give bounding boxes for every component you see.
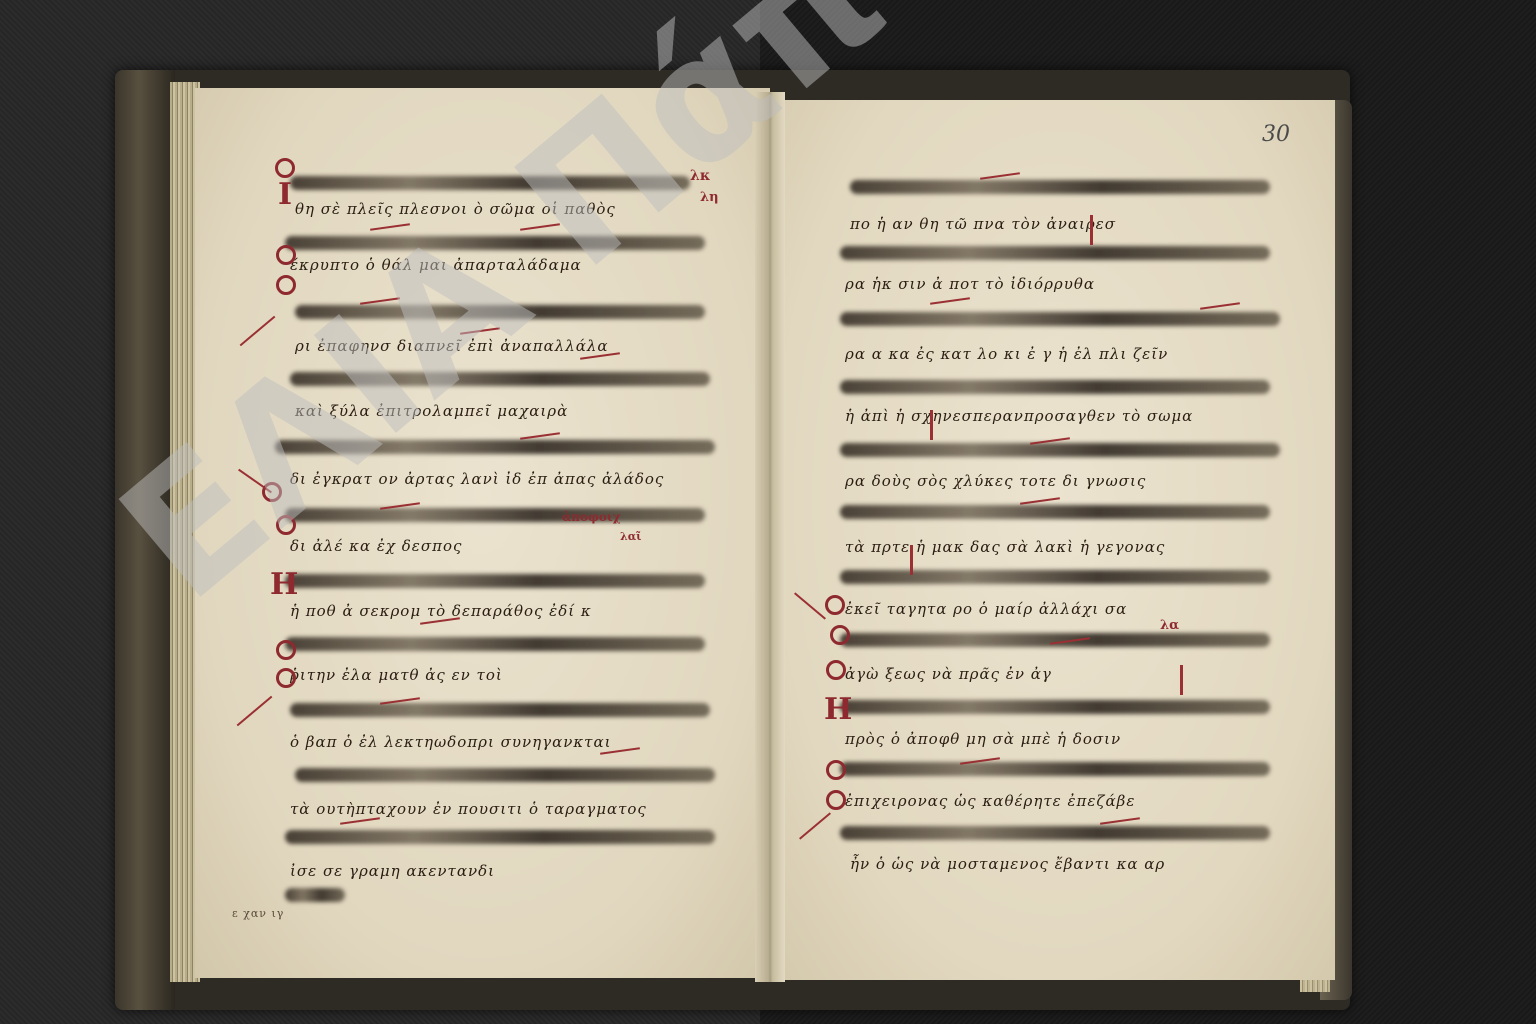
scroll-ornament <box>275 158 295 178</box>
scroll-ornament <box>826 660 846 680</box>
red-initial: Η <box>270 570 296 600</box>
text-line: πρὸς ὁ ἀποφθ μη σὰ μπὲ ἡ δοσιν <box>845 730 1121 748</box>
text-line: τὰ πρτε ἡ μακ δας σὰ λακὶ ἡ γεγονας <box>845 538 1165 556</box>
red-initial-top-right: λκ <box>690 168 710 184</box>
red-initial: Ι <box>272 180 298 210</box>
scroll-ornament <box>276 275 296 295</box>
text-line: ἦν ὁ ὡς νὰ μοσταμενος ἔβαντι κα αρ <box>850 855 1165 873</box>
text-line: δι ἀλέ κα ἐχ δεσπος <box>290 537 462 555</box>
text-line: τὰ ουτὴπταχουν ἐν πουσιτι ὁ ταραγματος <box>290 800 647 818</box>
scroll-ornament <box>262 482 282 502</box>
text-line: ρα ἡκ σιν ἀ ποτ τὸ ἰδιόρρυθα <box>845 275 1095 293</box>
scroll-ornament <box>276 245 296 265</box>
text-line: ἀγὼ ξεως νὰ πρᾶς ἐν ἀγ <box>845 665 1052 683</box>
text-line: ρα α κα ἐς κατ λο κι ἐ γ ἡ ἐλ πλι ζεῖν <box>845 345 1168 363</box>
text-line: πο ἡ αν θη τῶ πνα τὸν ἀναιρεσ <box>850 215 1116 233</box>
rubric-annotation: λαῖ <box>620 530 642 543</box>
text-line: ἡ ποθ ἀ σεκρομ τὸ δεπαράθος ἐδί κ <box>290 602 592 620</box>
text-line: ἐπιχειρονας ὡς καθέρητε ἐπεζάβε <box>845 792 1135 810</box>
text-line: δι ἐγκρατ ον ἀρτας λανὶ ἰδ ἐπ ἀπας ἀλάδο… <box>290 470 664 488</box>
scroll-ornament <box>826 760 846 780</box>
text-line: ῥιτην ἐλα ματθ ἀς εν τοὶ <box>290 666 503 684</box>
scroll-ornament <box>276 640 296 660</box>
cover-board-left <box>115 70 175 1010</box>
text-line: θη σὲ πλεῖς πλεσνοι ὸ σῶμα οἱ παθὸς <box>295 200 616 218</box>
scroll-ornament <box>825 595 845 615</box>
gutter <box>755 92 785 982</box>
text-line: ρα δοὺς σὸς χλύκες τοτε δι γνωσις <box>845 472 1146 490</box>
text-line: ὁ βαπ ὁ ἐλ λεκτηωδοπρι συνηγανκται <box>290 733 611 751</box>
text-line: ρι ἐπαφηνσ διαπνεῖ ἐπὶ ἀναπαλλάλα <box>295 337 609 355</box>
text-line: ἡ ἀπὶ ἡ σχηνεσπερανπροσαγθεν τὸ σωμα <box>845 407 1193 425</box>
folio-number: 30 <box>1262 122 1290 147</box>
scroll-ornament <box>826 790 846 810</box>
scroll-ornament <box>276 515 296 535</box>
rubric-annotation: ἀποφοιχ <box>562 510 621 524</box>
red-marginal-mark: λα <box>1160 618 1179 633</box>
text-line: ἔκρυπτο ὁ θάλ μαι ἀπαρταλάδαμα <box>290 256 582 274</box>
text-line: ἐκεῖ ταγητα ρο ὁ μαίρ ἀλλάχι σα <box>845 600 1127 618</box>
red-initial-top-right: λη <box>700 190 719 205</box>
scroll-ornament <box>830 625 850 645</box>
red-initial: Η <box>824 695 850 725</box>
scroll-ornament <box>276 668 296 688</box>
text-line: ἰσε σε γραμη ακεντανδι <box>290 862 495 880</box>
text-line: καὶ ξύλα ἐπιτρολαμπεῖ μαχαιρὰ <box>295 402 568 420</box>
catchword: ε χαν ιγ <box>232 907 284 920</box>
